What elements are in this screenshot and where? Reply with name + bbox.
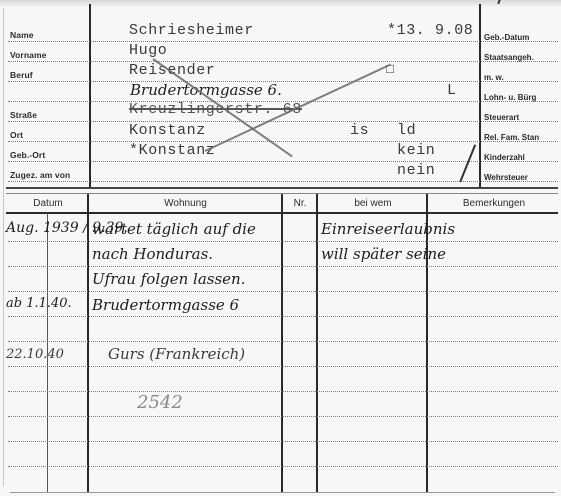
value-geb-ort: *Konstanz (129, 142, 215, 159)
entry-wohnung: Ufrau folgen lassen. (92, 270, 245, 288)
label-lohn: Lohn- u. Bürg (484, 93, 536, 102)
label-strasse: Straße (10, 110, 37, 120)
entry-datum: 22.10.40 (6, 347, 64, 362)
label-mw: m. w. (484, 73, 504, 82)
pen-tick-mark (459, 144, 475, 182)
card-left-edge (3, 8, 4, 486)
label-geb-datum: Geb.-Datum (484, 33, 529, 42)
row-line (8, 316, 558, 317)
row-line (8, 61, 558, 62)
header-datum: Datum (8, 196, 88, 212)
row-line (8, 141, 558, 142)
value-rel-fam-1: is (350, 122, 369, 139)
row-line (8, 81, 558, 82)
header-nr: Nr. (283, 196, 317, 212)
value-rel-fam-2: ld (397, 122, 416, 139)
row-line (8, 291, 558, 292)
row-line (8, 341, 558, 342)
label-wehrsteuer: Wehrsteuer (484, 173, 528, 182)
value-lohn: L (447, 82, 457, 99)
row-line (8, 121, 558, 122)
pencil-note: 2542 (137, 392, 183, 413)
value-wehrsteuer: nein (397, 162, 435, 179)
row-line (8, 241, 558, 242)
entry-wohnung: nach Honduras. (92, 245, 213, 263)
header-bei-wem: bei wem (318, 196, 428, 212)
row-line (8, 391, 558, 392)
label-name: Name (10, 30, 34, 40)
row-line (8, 366, 558, 367)
row-line (8, 466, 558, 467)
row-line (8, 161, 558, 162)
header-wohnung: Wohnung (89, 196, 282, 212)
row-line (8, 41, 558, 42)
row-line (8, 181, 558, 182)
value-geb-datum: *13. 9.08 (387, 22, 473, 39)
entry-wohnung: Brudertormgasse 6 (92, 296, 239, 314)
entry-bei-wem: will später seine (321, 245, 446, 263)
entry-wohnung: Gurs (Frankreich) (108, 345, 245, 363)
label-kinderzahl: Kinderzahl (484, 153, 525, 162)
label-geb-ort: Geb.-Ort (10, 150, 45, 160)
registration-card: Name Vorname Beruf Straße Ort Geb.-Ort Z… (0, 0, 561, 496)
header-bemerkungen: Bemerkungen (429, 196, 559, 212)
entry-datum: ab 1.1.40. (6, 296, 72, 311)
value-vorname: Hugo (129, 42, 167, 59)
entry-wohnung: wartet täglich auf die (92, 220, 256, 238)
section-divider (6, 187, 558, 189)
row-line (8, 416, 558, 417)
label-staatsangeh: Staatsangeh. (484, 53, 534, 62)
label-vorname: Vorname (10, 50, 46, 60)
col-divider (87, 194, 89, 493)
col-divider (281, 194, 283, 493)
label-beruf: Beruf (10, 70, 33, 80)
col-divider (316, 194, 318, 493)
row-line (8, 441, 558, 442)
entry-bei-wem: Einreiseerlaubnis (321, 220, 455, 238)
label-ort: Ort (10, 130, 23, 140)
card-top-edge (0, 0, 561, 6)
label-steuerart: Steuerart (484, 113, 519, 122)
card-bottom-edge (10, 492, 555, 493)
value-kinderzahl: kein (397, 142, 435, 159)
row-line (8, 266, 558, 267)
value-ort: Konstanz (129, 122, 206, 139)
label-rel-fam: Rel. Fam. Stan (484, 133, 539, 142)
value-name: Schriesheimer (129, 22, 254, 39)
label-zugez: Zugez. am von (10, 170, 70, 180)
col-divider (426, 194, 428, 493)
